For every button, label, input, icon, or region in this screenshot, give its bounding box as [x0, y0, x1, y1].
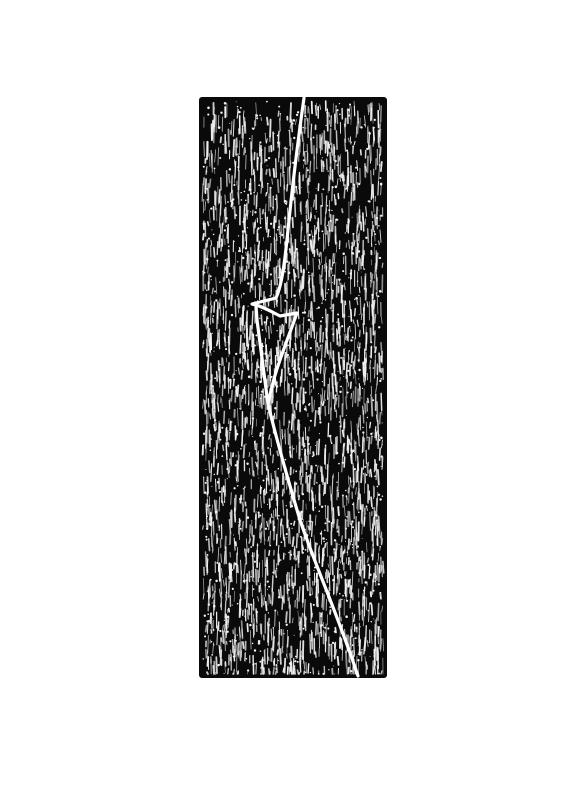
- woodcut-print: [0, 0, 566, 801]
